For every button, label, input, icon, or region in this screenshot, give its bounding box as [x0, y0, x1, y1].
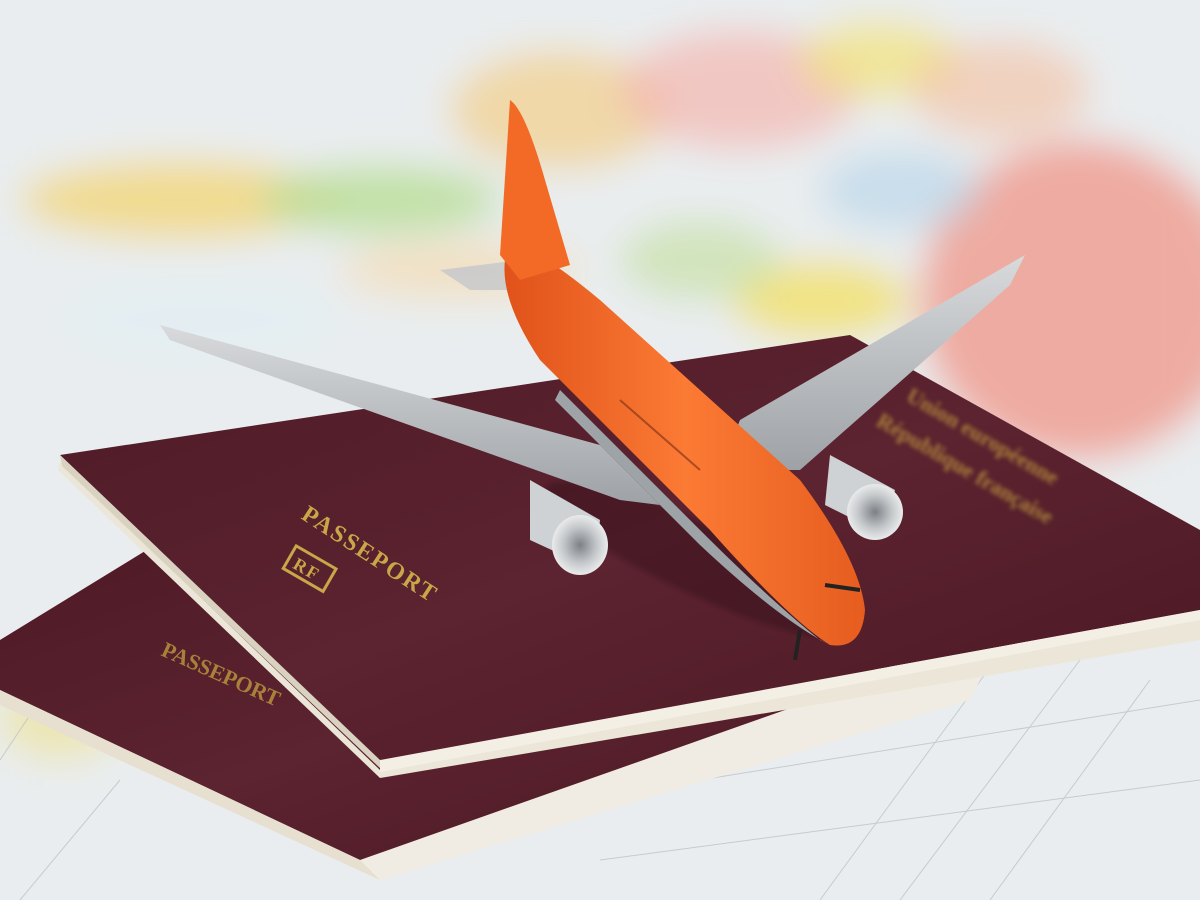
- photo-scene: PASSEPORT PASSEPORT RF Union européenne …: [0, 0, 1200, 900]
